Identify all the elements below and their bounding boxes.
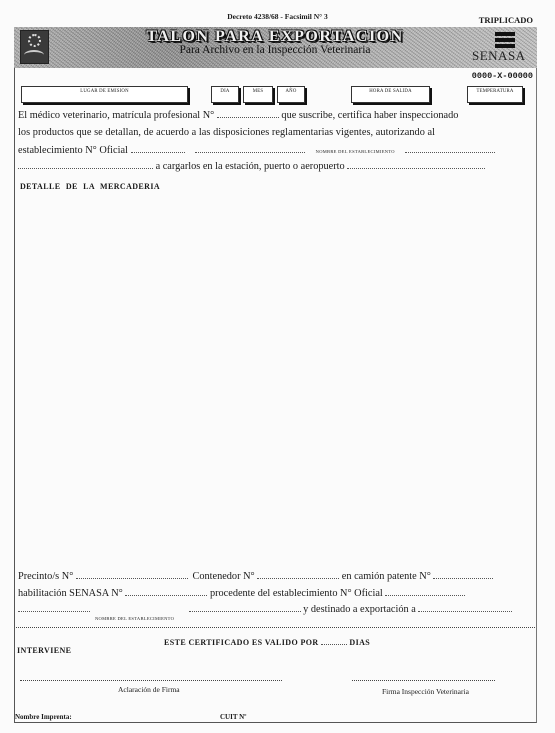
detalle-mercaderia-area[interactable]	[20, 195, 530, 560]
destinado-label: y destinado a exportación a	[303, 604, 416, 615]
aclaracion-signature-line[interactable]	[20, 680, 282, 681]
firma-label: Firma Inspección Veterinaria	[382, 687, 469, 696]
dias-label: DIAS	[349, 638, 370, 647]
line1-text-a: El médico veterinario, matrícula profesi…	[18, 110, 214, 121]
precintos-input[interactable]	[76, 570, 188, 579]
validez-dias-input[interactable]	[321, 638, 347, 645]
copy-type: TRIPLICADO	[479, 15, 533, 25]
nombre-establecimiento-cont-input[interactable]	[18, 160, 153, 169]
line4-text: a cargarlos en la estación, puerto o aer…	[156, 161, 345, 172]
interviene-label: INTERVIENE	[17, 646, 71, 655]
mes-field[interactable]: MES	[243, 86, 273, 103]
form-subtitle: Para Archivo en la Inspección Veterinari…	[110, 44, 440, 56]
contenedor-label: Contenedor N°	[192, 571, 254, 582]
camion-input[interactable]	[433, 570, 493, 579]
matricula-input[interactable]	[217, 109, 279, 118]
decree-reference: Decreto 4238/68 - Facsimil N° 3	[0, 12, 555, 21]
cuit-label: CUIT Nº	[220, 713, 247, 721]
contenedor-input[interactable]	[257, 570, 339, 579]
line1-text-b: que suscribe, certifica haber inspeccion…	[281, 110, 458, 121]
aeropuerto-input[interactable]	[347, 160, 485, 169]
senasa-sun-logo-icon	[20, 30, 49, 64]
nombre-establecimiento-lower-label: NOMBRE DEL ESTABLECIMIENTO	[95, 616, 174, 621]
temperatura-field[interactable]: TEMPERATURA	[467, 86, 523, 103]
lower-line-1: Precinto/s N° Contenedor N° en camión pa…	[18, 570, 493, 582]
serial-number: 0000-X-00000	[472, 71, 533, 81]
detalle-heading: DETALLE DE LA MERCADERIA	[20, 182, 160, 191]
hora-salida-label: HORA DE SALIDA	[352, 89, 429, 94]
firma-signature-line[interactable]	[352, 680, 495, 681]
establecimiento-lower-input-2[interactable]	[189, 603, 301, 612]
nombre-establecimiento-input-2[interactable]	[405, 144, 495, 153]
imprenta-label: Nombre Imprenta:	[15, 713, 72, 721]
dia-field[interactable]: DIA	[211, 86, 239, 103]
nombre-establecimiento-input[interactable]	[195, 144, 305, 153]
lower-dotted-line[interactable]	[16, 627, 535, 628]
destino-input[interactable]	[418, 603, 512, 612]
nombre-establecimiento-lower-input[interactable]	[18, 603, 90, 612]
aclaracion-label: Aclaración de Firma	[118, 685, 180, 694]
establecimiento-oficial-input[interactable]	[131, 144, 185, 153]
line3-text: establecimiento N° Oficial	[18, 145, 128, 156]
dia-label: DIA	[212, 89, 238, 94]
validez-line: ESTE CERTIFICADO ES VALIDO POR DIAS	[164, 638, 370, 647]
validez-label: ESTE CERTIFICADO ES VALIDO POR	[164, 638, 319, 647]
body-line-2: los productos que se detallan, de acuerd…	[18, 127, 435, 138]
camion-label: en camión patente N°	[342, 571, 431, 582]
habilitacion-label: habilitación SENASA N°	[18, 588, 123, 599]
lower-line-3: y destinado a exportación a	[18, 603, 512, 615]
anio-label: AÑO	[278, 89, 304, 94]
habilitacion-input[interactable]	[125, 587, 207, 596]
lower-line-2: habilitación SENASA N° procedente del es…	[18, 587, 465, 599]
temperatura-label: TEMPERATURA	[468, 89, 522, 94]
lugar-emision-field[interactable]: LUGAR DE EMISION	[21, 86, 188, 103]
hora-salida-field[interactable]: HORA DE SALIDA	[351, 86, 430, 103]
anio-field[interactable]: AÑO	[277, 86, 305, 103]
nombre-establecimiento-label: NOMBRE DEL ESTABLECIMIENTO	[316, 149, 395, 154]
procedente-input[interactable]	[385, 587, 465, 596]
body-line-3: establecimiento N° Oficial NOMBRE DEL ES…	[18, 144, 495, 156]
body-line-1: El médico veterinario, matrícula profesi…	[18, 109, 458, 121]
agency-name: SENASA	[472, 48, 526, 64]
lugar-emision-label: LUGAR DE EMISION	[22, 89, 187, 94]
procedente-label: procedente del establecimiento N° Oficia…	[210, 588, 383, 599]
precintos-label: Precinto/s N°	[18, 571, 73, 582]
body-line-4: a cargarlos en la estación, puerto o aer…	[18, 160, 485, 172]
mes-label: MES	[244, 89, 272, 94]
